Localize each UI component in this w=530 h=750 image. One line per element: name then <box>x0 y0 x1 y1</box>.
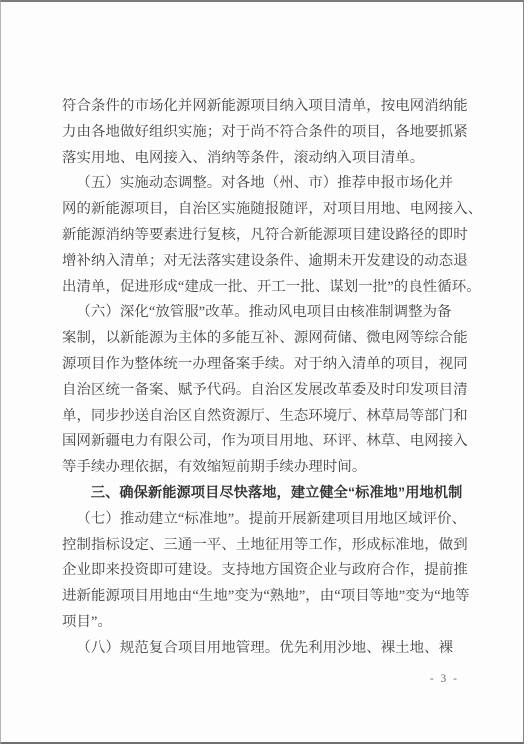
document-page: 符合条件的市场化并网新能源项目纳入项目清单，按电网消纳能力由各地做好组织实施；对… <box>0 0 524 744</box>
text-line: 符合条件的市场化并网新能源项目纳入项目清单，按电网消纳能 <box>62 94 474 120</box>
text-line: （六）深化“放管服”改革。推动风电项目由核准制调整为备 <box>62 300 474 326</box>
text-line: 案制，以新能源为主体的多能互补、源网荷储、微电网等综合能 <box>62 326 474 352</box>
text-line: 单，同步抄送自治区自然资源厅、生态环境厅、林草局等部门和 <box>62 404 474 430</box>
text-line: 企业即来投资即可建设。支持地方国资企业与政府合作，提前推 <box>62 558 474 584</box>
text-line: 等手续办理依据，有效缩短前期手续办理时间。 <box>62 455 474 481</box>
text-line: 控制指标设定、三通一平、土地征用等工作，形成标准地，做到 <box>62 533 474 559</box>
text-line: 源项目作为整体统一办理备案手续。对于纳入清单的项目，视同 <box>62 352 474 378</box>
text-line: 国网新疆电力有限公司，作为项目用地、环评、林草、电网接入 <box>62 429 474 455</box>
text-line: 落实用地、电网接入、消纳等条件，滚动纳入项目清单。 <box>62 146 474 172</box>
text-line: （八）规范复合项目用地管理。优先利用沙地、裸土地、裸 <box>62 636 474 662</box>
text-line: （七）推动建立“标准地”。提前开展新建项目用地区域评价、 <box>62 507 474 533</box>
text-line: 进新能源项目用地由“生地”变为“熟地”，由“项目等地”变为“地等 <box>62 584 474 610</box>
text-line: 出清单，促进形成“建成一批、开工一批、谋划一批”的良性循环。 <box>62 275 474 301</box>
section-heading-line: 三、确保新能源项目尽快落地，建立健全“标准地”用地机制 <box>62 481 474 507</box>
text-line: 项目”。 <box>62 610 474 636</box>
text-line: 力由各地做好组织实施；对于尚不符合条件的项目，各地要抓紧 <box>62 120 474 146</box>
text-line: （五）实施动态调整。对各地（州、市）推荐申报市场化并 <box>62 171 474 197</box>
text-line: 新能源消纳等要素进行复核，凡符合新能源项目建设路径的即时 <box>62 223 474 249</box>
text-line: 网的新能源项目，自治区实施随报随评，对项目用地、电网接入、 <box>62 197 474 223</box>
text-line: 增补纳入清单；对无法落实建设条件、逾期未开发建设的动态退 <box>62 249 474 275</box>
page-number: - 3 - <box>430 673 459 685</box>
document-body: 符合条件的市场化并网新能源项目纳入项目清单，按电网消纳能力由各地做好组织实施；对… <box>62 94 474 662</box>
text-line: 自治区统一备案、赋予代码。自治区发展改革委及时印发项目清 <box>62 378 474 404</box>
scan-background: 符合条件的市场化并网新能源项目纳入项目清单，按电网消纳能力由各地做好组织实施；对… <box>0 0 530 750</box>
